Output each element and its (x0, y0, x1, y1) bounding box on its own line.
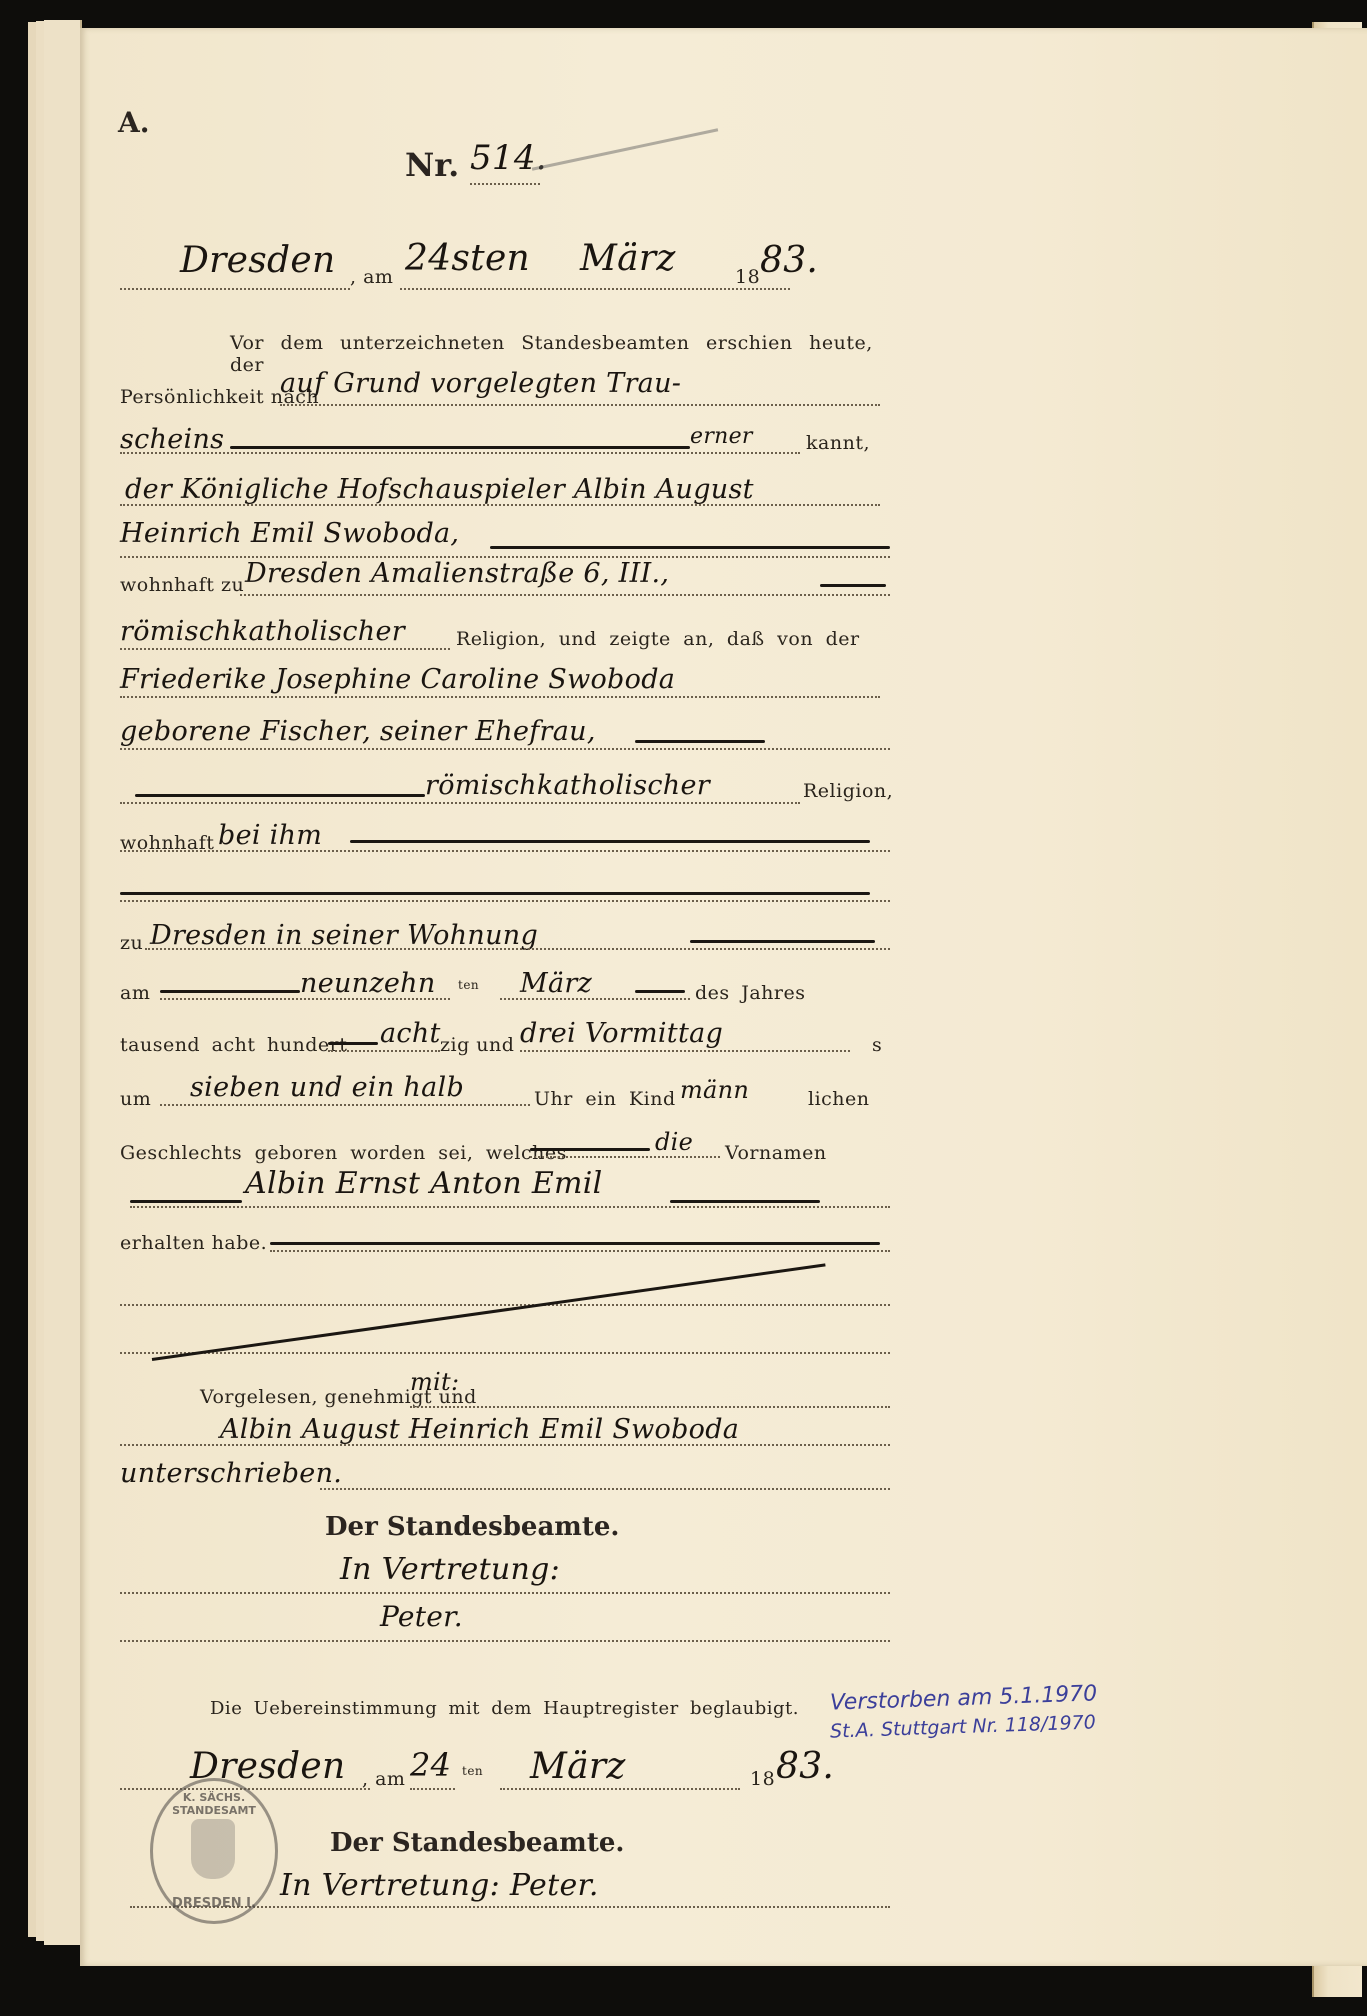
signature-declarant: Albin August Heinrich Emil Swoboda (220, 1414, 739, 1445)
identity-value-2: scheins (120, 424, 224, 455)
number-label: Nr. (405, 146, 459, 184)
annotation-line-1: Verstorben am 5.1.1970 (830, 1681, 1098, 1715)
cancel-stroke (152, 1263, 826, 1361)
identity-suffix: kannt, (806, 432, 870, 454)
read-value: mit: (410, 1368, 459, 1396)
cert-month: März (530, 1746, 626, 1787)
official-sig-3: In Vertretung: Peter. (280, 1868, 599, 1903)
register-page: A. Nr. 514. Dresden , am 24sten März 18 … (80, 28, 1367, 1966)
birth-place-label: zu (120, 932, 143, 954)
year-text-2: zig und (440, 1034, 514, 1056)
record-number: 514. (470, 138, 547, 178)
sex-value: männ (680, 1076, 749, 1104)
sex-suffix: lichen (808, 1088, 870, 1110)
official-title: Der Standesbeamte. (325, 1512, 619, 1542)
names-label: Vornamen (725, 1142, 827, 1164)
annotation-line-2: St.A. Stuttgart Nr. 118/1970 (830, 1711, 1096, 1742)
birth-month: März (520, 968, 592, 999)
religion-label-2: Religion, (803, 780, 893, 802)
birth-day: neunzehn (300, 968, 436, 999)
crown-crest-icon (191, 1819, 235, 1879)
header-place: Dresden (180, 240, 336, 281)
identity-value-1: auf Grund vorgelegten Trau- (280, 368, 681, 399)
year-s: s (872, 1034, 882, 1056)
mother-line-1: Friederike Josephine Caroline Swoboda (120, 664, 675, 695)
received-label: erhalten habe. (120, 1232, 267, 1254)
declarant-line-1: der Königliche Hofschauspieler Albin Aug… (125, 474, 754, 505)
residence-value: Dresden Amalienstraße 6, III., (245, 558, 669, 589)
stamp-top-text: K. SÄCHS. STANDESAMT (153, 1791, 275, 1817)
header-am: , am (350, 266, 393, 288)
certification-text: Die Uebereinstimmung mit dem Hauptregist… (210, 1698, 799, 1719)
pencil-stroke (532, 128, 718, 170)
signed-text: unterschrieben. (120, 1458, 342, 1489)
child-names: Albin Ernst Anton Emil (245, 1166, 603, 1201)
mother-line-2: geborene Fischer, seiner Ehefrau, (120, 716, 596, 747)
birth-time: sieben und ein halb (190, 1072, 464, 1103)
am-label: am (120, 982, 150, 1004)
year-unit: drei Vormittag (520, 1018, 723, 1049)
mother-residence-value: bei ihm (218, 820, 322, 851)
religion-text-1: Religion, und zeigte an, daß von der (456, 628, 860, 650)
stamp-bottom-text: DRESDEN I. (153, 1896, 275, 1911)
religion-value-1: römischkatholischer (120, 616, 405, 647)
year-label: des Jahres (695, 982, 805, 1004)
sex-text: Geschlechts geboren worden sei, welches (120, 1142, 567, 1164)
form-letter: A. (118, 106, 149, 139)
page-edge (44, 20, 82, 1945)
year-decade: acht (380, 1018, 441, 1049)
header-day: 24sten (405, 238, 530, 279)
cert-ten: ten (462, 1764, 483, 1778)
residence-label: wohnhaft zu (120, 574, 244, 596)
header-month: März (580, 238, 676, 279)
cert-day: 24 (410, 1746, 451, 1784)
cert-am: , am (362, 1768, 405, 1790)
year-prefix: 18 (735, 266, 760, 288)
official-sig-2: Peter. (380, 1600, 463, 1633)
um-label: um (120, 1088, 151, 1110)
ten-suffix: ten (458, 978, 479, 992)
birth-place-value: Dresden in seiner Wohnung (150, 920, 538, 951)
official-seal-stamp: K. SÄCHS. STANDESAMT DRESDEN I. (150, 1778, 278, 1924)
cert-year-suffix: 83. (776, 1746, 834, 1787)
year-suffix: 83. (760, 240, 818, 281)
uhr-text: Uhr ein Kind (534, 1088, 676, 1110)
declarant-line-2: Heinrich Emil Swoboda, (120, 518, 459, 549)
cert-year-prefix: 18 (750, 1768, 775, 1790)
year-text-1: tausend acht hundert (120, 1034, 347, 1056)
official-sig-1: In Vertretung: (340, 1552, 560, 1587)
official-title-2: Der Standesbeamte. (330, 1828, 624, 1858)
religion-value-2: römischkatholischer (425, 770, 710, 801)
identity-suffix-hand: erner (690, 424, 753, 449)
names-article: die (655, 1128, 693, 1156)
